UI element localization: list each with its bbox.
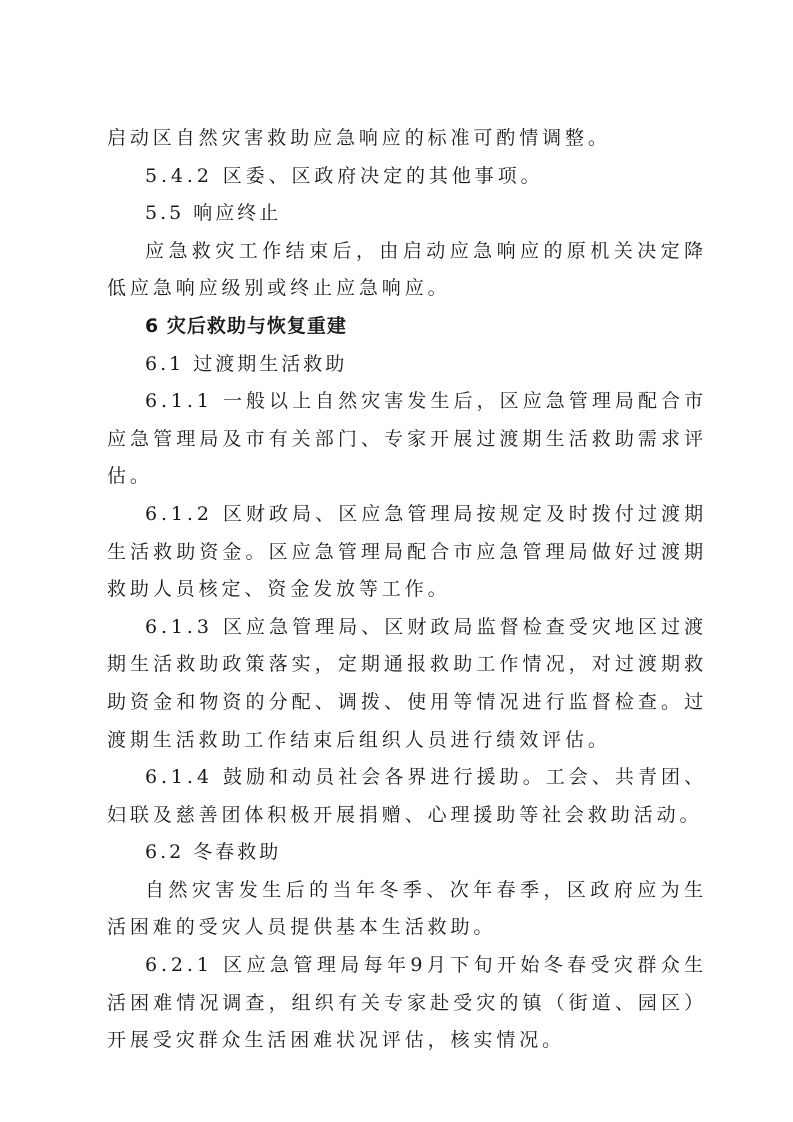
document-page: 启动区自然灾害救助应急响应的标准可酌情调整。 5.4.2 区委、区政府决定的其他… bbox=[107, 120, 707, 1060]
paragraph-6-1-3: 6.1.3 区应急管理局、区财政局监督检查受灾地区过渡期生活救助政策落实，定期通… bbox=[107, 609, 707, 759]
heading-5-5: 5.5 响应终止 bbox=[107, 195, 707, 233]
paragraph-6-2: 自然灾害发生后的当年冬季、次年春季，区政府应为生活困难的受灾人员提供基本生活救助… bbox=[107, 872, 707, 947]
heading-6: 6 灾后救助与恢复重建 bbox=[107, 308, 707, 346]
paragraph-6-2-1: 6.2.1 区应急管理局每年9月下旬开始冬春受灾群众生活困难情况调查，组织有关专… bbox=[107, 947, 707, 1060]
heading-6-1: 6.1 过渡期生活救助 bbox=[107, 346, 707, 384]
paragraph-6-1-1: 6.1.1 一般以上自然灾害发生后，区应急管理局配合市应急管理局及市有关部门、专… bbox=[107, 383, 707, 496]
paragraph-6-1-4: 6.1.4 鼓励和动员社会各界进行援助。工会、共青团、妇联及慈善团体积极开展捐赠… bbox=[107, 759, 707, 834]
heading-6-2: 6.2 冬春救助 bbox=[107, 834, 707, 872]
paragraph-5-5: 应急救灾工作结束后，由启动应急响应的原机关决定降低应急响应级别或终止应急响应。 bbox=[107, 233, 707, 308]
paragraph-6-1-2: 6.1.2 区财政局、区应急管理局按规定及时拨付过渡期生活救助资金。区应急管理局… bbox=[107, 496, 707, 609]
paragraph-5-4-1-continuation: 启动区自然灾害救助应急响应的标准可酌情调整。 bbox=[107, 120, 707, 158]
paragraph-5-4-2: 5.4.2 区委、区政府决定的其他事项。 bbox=[107, 158, 707, 196]
